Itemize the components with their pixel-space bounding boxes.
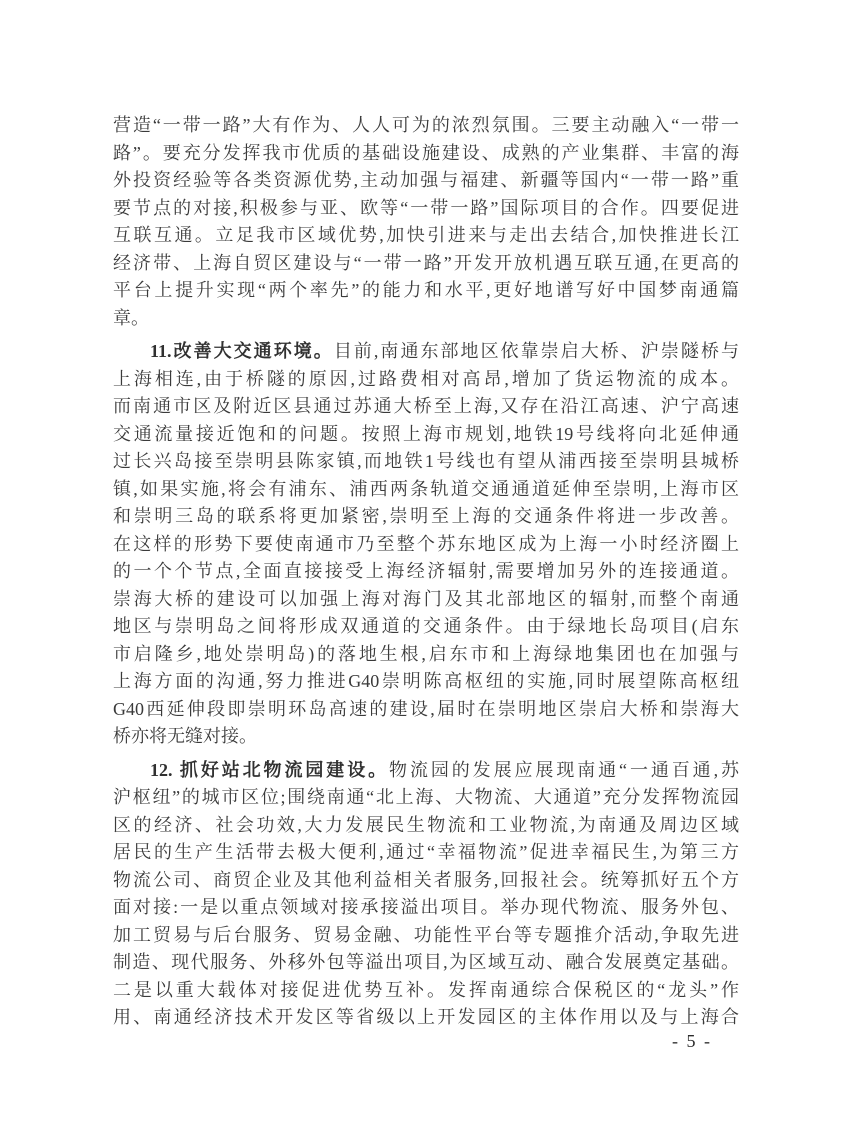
paragraph-section-11: 11.改善大交通环境。目前,南通东部地区依靠崇启大桥、沪崇隧桥与上海相连,由于桥… [113, 338, 739, 751]
text-line: 沪枢纽”的城市区位;围绕南通“北上海、大物流、大通道”充分发挥物流园 [113, 784, 739, 812]
text-line: 的一个个节点,全面直接接受上海经济辐射,需要增加另外的连接通道。 [113, 558, 739, 586]
text-line: 在这样的形势下要使南通市乃至整个苏东地区成为上海一小时经济圈上 [113, 531, 739, 559]
text-line: 镇,如果实施,将会有浦东、浦西两条轨道交通通道延伸至崇明,上海市区 [113, 476, 739, 504]
text-segment: 目前,南通东部地区依靠崇启大桥、沪崇隧桥与 [334, 341, 739, 361]
text-line: 外投资经验等各类资源优势,主动加强与福建、新疆等国内“一带一路”重 [113, 167, 739, 195]
text-line: 市启隆乡,地处崇明岛)的落地生根,启东市和上海绿地集团也在加强与 [113, 641, 739, 669]
section-heading: 11.改善大交通环境。 [150, 341, 334, 361]
text-segment: 加工贸易与后台服务、贸易金融、功能性平台等专题推介活动,争取先进 [113, 925, 739, 945]
text-segment: 面对接:一是以重点领域对接承接溢出项目。举办现代物流、服务外包、 [113, 897, 739, 917]
text-line: 章。 [113, 305, 739, 333]
text-line: 区的经济、社会功效,大力发展民生物流和工业物流,为南通及周边区域 [113, 812, 739, 840]
text-segment: 地区与崇明岛之间将形成双通道的交通条件。由于绿地长岛项目(启东 [113, 616, 739, 636]
text-segment: 沪枢纽”的城市区位;围绕南通“北上海、大物流、大通道”充分发挥物流园 [113, 787, 739, 807]
text-line: 制造、现代服务、外移外包等溢出项目,为区域互动、融合发展奠定基础。 [113, 949, 739, 977]
text-segment: 市启隆乡,地处崇明岛)的落地生根,启东市和上海绿地集团也在加强与 [113, 644, 739, 664]
text-line: 平台上提升实现“两个率先”的能力和水平,更好地谱写好中国梦南通篇 [113, 277, 739, 305]
text-segment: 在这样的形势下要使南通市乃至整个苏东地区成为上海一小时经济圈上 [113, 534, 739, 554]
text-segment: 交通流量接近饱和的问题。按照上海市规划,地铁19号线将向北延伸通 [113, 424, 739, 444]
page-number: - 5 - [672, 1031, 712, 1052]
text-line: 营造“一带一路”大有作为、人人可为的浓烈氛围。三要主动融入“一带一 [113, 112, 739, 140]
text-line: 11.改善大交通环境。目前,南通东部地区依靠崇启大桥、沪崇隧桥与 [113, 338, 739, 366]
text-segment: 居民的生产生活带去极大便利,通过“幸福物流”促进幸福民生,为第三方 [113, 842, 739, 862]
text-line: 互联互通。立足我市区域优势,加快引进来与走出去结合,加快推进长江 [113, 222, 739, 250]
text-segment: 经济带、上海自贸区建设与“一带一路”开发开放机遇互联互通,在更高的 [113, 253, 739, 273]
text-segment: 二是以重大载体对接促进优势互补。发挥南通综合保税区的“龙头”作 [113, 980, 739, 1000]
text-segment: 上海方面的沟通,努力推进G40崇明陈高枢纽的实施,同时展望陈高枢纽 [113, 671, 739, 691]
text-line: 而南通市区及附近区县通过苏通大桥至上海,又存在沿江高速、沪宁高速 [113, 393, 739, 421]
text-segment: 崇海大桥的建设可以加强上海对海门及其北部地区的辐射,而整个南通 [113, 589, 739, 609]
text-line: 上海相连,由于桥隧的原因,过路费相对高昂,增加了货运物流的成本。 [113, 366, 739, 394]
text-segment: 区的经济、社会功效,大力发展民生物流和工业物流,为南通及周边区域 [113, 815, 739, 835]
text-line: 桥亦将无缝对接。 [113, 723, 739, 751]
text-segment: 路”。要充分发挥我市优质的基础设施建设、成熟的产业集群、丰富的海 [113, 143, 739, 163]
text-line: 居民的生产生活带去极大便利,通过“幸福物流”促进幸福民生,为第三方 [113, 839, 739, 867]
text-segment: 上海相连,由于桥隧的原因,过路费相对高昂,增加了货运物流的成本。 [113, 369, 739, 389]
text-line: 要节点的对接,积极参与亚、欧等“一带一路”国际项目的合作。四要促进 [113, 195, 739, 223]
text-segment: 镇,如果实施,将会有浦东、浦西两条轨道交通通道延伸至崇明,上海市区 [113, 479, 739, 499]
text-segment: 章。 [113, 308, 149, 328]
text-segment: 物流公司、商贸企业及其他利益相关者服务,回报社会。统筹抓好五个方 [113, 870, 739, 890]
text-line: 加工贸易与后台服务、贸易金融、功能性平台等专题推介活动,争取先进 [113, 922, 739, 950]
text-segment: 平台上提升实现“两个率先”的能力和水平,更好地谱写好中国梦南通篇 [113, 280, 739, 300]
text-line: 二是以重大载体对接促进优势互补。发挥南通综合保税区的“龙头”作 [113, 977, 739, 1005]
text-segment: 营造“一带一路”大有作为、人人可为的浓烈氛围。三要主动融入“一带一 [113, 115, 739, 135]
text-line: 地区与崇明岛之间将形成双通道的交通条件。由于绿地长岛项目(启东 [113, 613, 739, 641]
paragraph-section-12: 12. 抓好站北物流园建设。物流园的发展应展现南通“一通百通,苏沪枢纽”的城市区… [113, 757, 739, 1032]
text-line: 路”。要充分发挥我市优质的基础设施建设、成熟的产业集群、丰富的海 [113, 140, 739, 168]
text-segment: 过长兴岛接至崇明县陈家镇,而地铁1号线也有望从浦西接至崇明县城桥 [113, 451, 739, 471]
document-body: 营造“一带一路”大有作为、人人可为的浓烈氛围。三要主动融入“一带一路”。要充分发… [113, 112, 739, 1032]
text-segment: 而南通市区及附近区县通过苏通大桥至上海,又存在沿江高速、沪宁高速 [113, 396, 739, 416]
text-segment: 制造、现代服务、外移外包等溢出项目,为区域互动、融合发展奠定基础。 [113, 952, 739, 972]
text-line: 交通流量接近饱和的问题。按照上海市规划,地铁19号线将向北延伸通 [113, 421, 739, 449]
text-segment: 桥亦将无缝对接。 [113, 726, 257, 746]
text-segment: G40西延伸段即崇明环岛高速的建设,届时在崇明地区崇启大桥和崇海大 [113, 699, 739, 719]
text-line: 用、南通经济技术开发区等省级以上开发园区的主体作用以及与上海合 [113, 1004, 739, 1032]
text-line: 上海方面的沟通,努力推进G40崇明陈高枢纽的实施,同时展望陈高枢纽 [113, 668, 739, 696]
text-segment: 的一个个节点,全面直接接受上海经济辐射,需要增加另外的连接通道。 [113, 561, 739, 581]
document-page: 营造“一带一路”大有作为、人人可为的浓烈氛围。三要主动融入“一带一路”。要充分发… [0, 0, 850, 1146]
text-segment: 外投资经验等各类资源优势,主动加强与福建、新疆等国内“一带一路”重 [113, 170, 739, 190]
text-line: 和崇明三岛的联系将更加紧密,崇明至上海的交通条件将进一步改善。 [113, 503, 739, 531]
text-line: 过长兴岛接至崇明县陈家镇,而地铁1号线也有望从浦西接至崇明县城桥 [113, 448, 739, 476]
text-line: G40西延伸段即崇明环岛高速的建设,届时在崇明地区崇启大桥和崇海大 [113, 696, 739, 724]
text-line: 经济带、上海自贸区建设与“一带一路”开发开放机遇互联互通,在更高的 [113, 250, 739, 278]
section-heading: 12. 抓好站北物流园建设。 [150, 760, 389, 780]
paragraph-continuation: 营造“一带一路”大有作为、人人可为的浓烈氛围。三要主动融入“一带一路”。要充分发… [113, 112, 739, 332]
text-segment: 互联互通。立足我市区域优势,加快引进来与走出去结合,加快推进长江 [113, 225, 739, 245]
text-segment: 用、南通经济技术开发区等省级以上开发园区的主体作用以及与上海合 [113, 1007, 739, 1027]
text-line: 崇海大桥的建设可以加强上海对海门及其北部地区的辐射,而整个南通 [113, 586, 739, 614]
text-line: 12. 抓好站北物流园建设。物流园的发展应展现南通“一通百通,苏 [113, 757, 739, 785]
text-segment: 要节点的对接,积极参与亚、欧等“一带一路”国际项目的合作。四要促进 [113, 198, 739, 218]
text-line: 物流公司、商贸企业及其他利益相关者服务,回报社会。统筹抓好五个方 [113, 867, 739, 895]
text-segment: 和崇明三岛的联系将更加紧密,崇明至上海的交通条件将进一步改善。 [113, 506, 739, 526]
text-line: 面对接:一是以重点领域对接承接溢出项目。举办现代物流、服务外包、 [113, 894, 739, 922]
text-segment: 物流园的发展应展现南通“一通百通,苏 [389, 760, 739, 780]
